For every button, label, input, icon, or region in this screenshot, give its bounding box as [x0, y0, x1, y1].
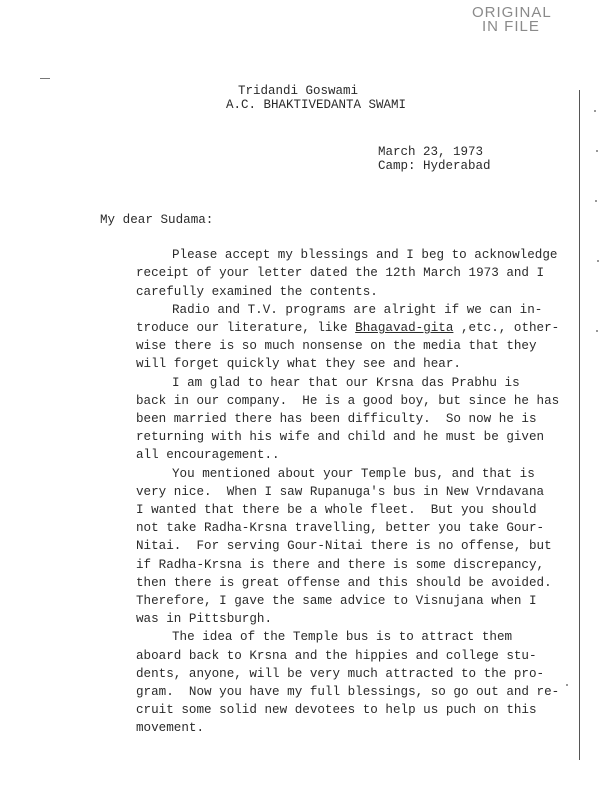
text-line: returning with his wife and child and he… [100, 428, 570, 446]
text-segment: ,etc., other- [453, 321, 559, 335]
text-line: The idea of the Temple bus is to attract… [100, 628, 570, 646]
text-line: not take Radha-Krsna travelling, better … [100, 519, 570, 537]
scan-speck [594, 110, 596, 112]
text-line: then there is great offense and this sho… [100, 574, 570, 592]
text-line: been married there has been difficulty. … [100, 410, 570, 428]
text-line: very nice. When I saw Rupanuga's bus in … [100, 483, 570, 501]
letterhead-title: Tridandi Goswami [226, 84, 406, 98]
text-line: troduce our literature, like Bhagavad-gi… [100, 319, 570, 337]
letterhead: Tridandi Goswami A.C. BHAKTIVEDANTA SWAM… [226, 84, 406, 112]
text-line: was in Pittsburgh. [100, 610, 570, 628]
scan-speck [597, 260, 599, 262]
text-line: receipt of your letter dated the 12th Ma… [100, 264, 570, 282]
paragraph-2: Radio and T.V. programs are alright if w… [100, 301, 570, 374]
text-line: cruit some solid new devotees to help us… [100, 701, 570, 719]
scan-speck [596, 330, 598, 332]
text-line: I wanted that there be a whole fleet. Bu… [100, 501, 570, 519]
paragraph-4: You mentioned about your Temple bus, and… [100, 465, 570, 629]
text-line: dents, anyone, will be very much attract… [100, 665, 570, 683]
text-line: wise there is so much nonsense on the me… [100, 337, 570, 355]
text-line: Therefore, I gave the same advice to Vis… [100, 592, 570, 610]
text-line: Nitai. For serving Gour-Nitai there is n… [100, 537, 570, 555]
original-in-file-stamp: ORIGINAL IN FILE [472, 6, 552, 34]
letter-date: March 23, 1973 [378, 145, 491, 159]
text-line: all encouragement.. [100, 446, 570, 464]
scan-mark [40, 78, 50, 79]
text-line: gram. Now you have my full blessings, so… [100, 683, 570, 701]
paragraph-3: I am glad to hear that our Krsna das Pra… [100, 374, 570, 465]
paragraph-1: Please accept my blessings and I beg to … [100, 246, 570, 301]
text-line: You mentioned about your Temple bus, and… [100, 465, 570, 483]
text-line: back in our company. He is a good boy, b… [100, 392, 570, 410]
text-line: Please accept my blessings and I beg to … [100, 246, 570, 264]
scan-speck [566, 684, 568, 686]
text-line: I am glad to hear that our Krsna das Pra… [100, 374, 570, 392]
scan-speck [595, 200, 597, 202]
text-line: if Radha-Krsna is there and there is som… [100, 556, 570, 574]
text-line: carefully examined the contents. [100, 283, 570, 301]
letter-location: Camp: Hyderabad [378, 159, 491, 173]
book-title: Bhagavad-gita [355, 321, 453, 335]
stamp-line-2: IN FILE [472, 20, 552, 34]
scan-speck [596, 150, 598, 152]
paragraph-5: The idea of the Temple bus is to attract… [100, 628, 570, 737]
text-segment: troduce our literature, like [136, 321, 355, 335]
text-line: Radio and T.V. programs are alright if w… [100, 301, 570, 319]
letterhead-name: A.C. BHAKTIVEDANTA SWAMI [226, 98, 406, 112]
page-edge-line [579, 90, 580, 760]
text-line: will forget quickly what they see and he… [100, 355, 570, 373]
date-block: March 23, 1973 Camp: Hyderabad [378, 145, 491, 173]
salutation: My dear Sudama: [100, 211, 570, 229]
text-line: movement. [100, 719, 570, 737]
letter-body: My dear Sudama: Please accept my blessin… [100, 211, 570, 738]
text-line: aboard back to Krsna and the hippies and… [100, 647, 570, 665]
